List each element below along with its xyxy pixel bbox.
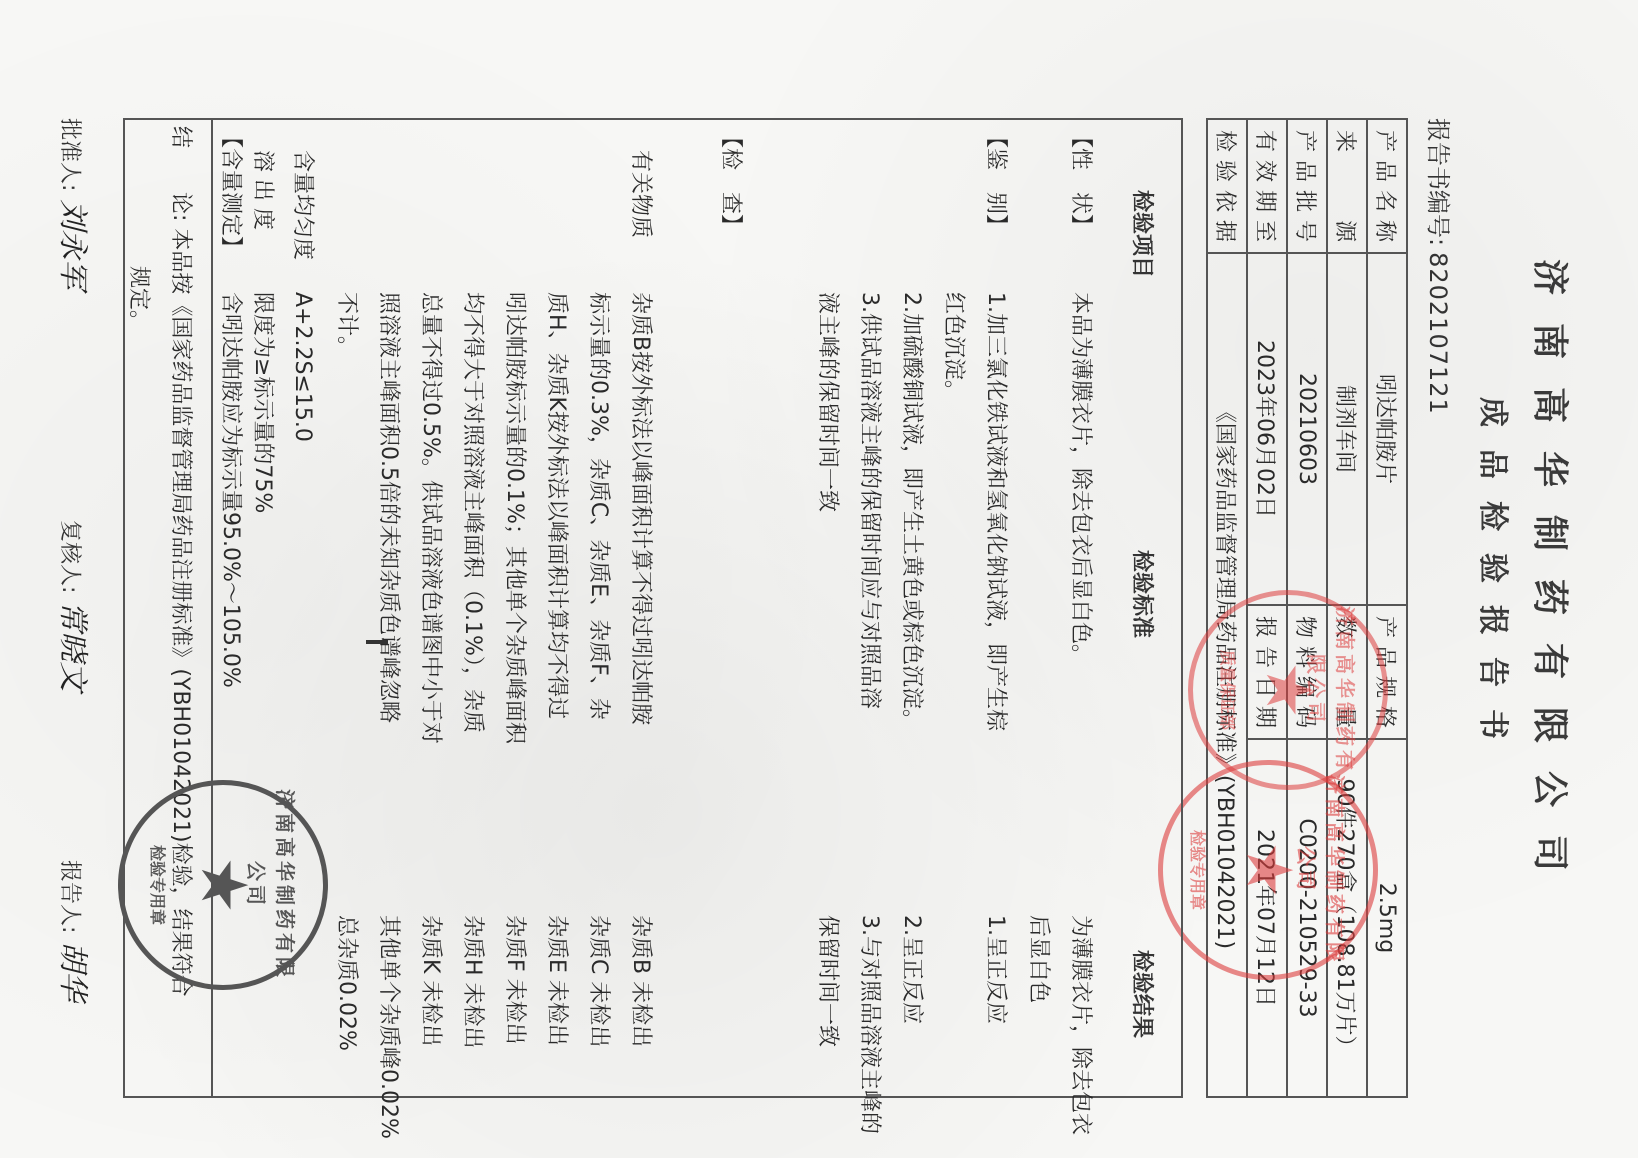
column-header-item: 检验项目 xyxy=(1128,190,1159,278)
standard-line: 杂质B按外标法以峰面积计算不得过吲达帕胺 xyxy=(619,292,661,877)
approver-label: 批准人: xyxy=(57,118,82,191)
result-line xyxy=(932,915,974,1095)
source-label: 来 源 xyxy=(1327,119,1367,253)
result-line: 总杂质0.02% xyxy=(325,915,367,1095)
expiry-value: 2023年06月02日 xyxy=(1247,253,1287,605)
product-name-label: 产品名称 xyxy=(1367,119,1407,253)
batch-label: 产品批号 xyxy=(1287,119,1327,253)
standard-line: 照溶液主峰面积0.5倍的未知杂质色谱峰忽略 xyxy=(367,292,409,877)
uniformity-label: 含量均匀度 xyxy=(281,150,323,290)
identification-standard: 1.加三氯化铁试液和氢氧化钠试液，即产生棕 红色沉淀。 2.加硫酸铜试液，即产生… xyxy=(806,292,1016,877)
related-substances-label: 有关物质 xyxy=(619,150,661,290)
qc-stamp-bottom: 检验专用章 xyxy=(1187,765,1210,975)
assay-label: 【含量测定】 xyxy=(209,126,251,266)
standard-line: 2.加硫酸铜试液，即产生土黄色或棕色沉淀。 xyxy=(890,292,932,877)
section-inspection-heading: 【检 查】 xyxy=(711,120,751,1096)
standard-line: 标示量的0.3%，杂质C、杂质E、杂质F、杂 xyxy=(577,292,619,877)
dash-mark xyxy=(366,640,388,644)
standard-line: 质H、杂质K按外标法以峰面积计算均不得过 xyxy=(535,292,577,877)
standard-line: 本品为薄膜衣片，除去包衣后显白色。 xyxy=(1059,292,1101,877)
expiry-label: 有效期至 xyxy=(1247,119,1287,253)
result-line: 3.与对照品溶液主峰的 xyxy=(848,915,890,1095)
report-title: 成品检验报告书 xyxy=(1474,0,1518,1158)
qa-stamp: 济南高华制药有限公司 ★ 质量保证部 xyxy=(1188,590,1388,790)
standard-line: 3.供试品溶液主峰的保留时间应与对照品溶 xyxy=(848,292,890,877)
related-substances-standard: 杂质B按外标法以峰面积计算不得过吲达帕胺 标示量的0.3%，杂质C、杂质E、杂质… xyxy=(325,292,661,877)
company-seal-text: 济南高华制药有限公司 xyxy=(243,785,301,985)
reporter-signature: 报告人:胡华 xyxy=(54,860,98,1001)
standard-line: 1.加三氯化铁试液和氢氧化钠试液，即产生棕 xyxy=(974,292,1016,877)
qc-stamp: 济南高华制药有限公司 ★ 检验专用章 xyxy=(1158,760,1378,980)
appearance-label: 【性 状】 xyxy=(1059,126,1101,266)
product-name-value: 吲达帕胺片 xyxy=(1367,253,1407,605)
section-identification: 【鉴 别】 1.加三氯化铁试液和氢氧化钠试液，即产生棕 红色沉淀。 2.加硫酸铜… xyxy=(796,120,1016,1096)
report-number-value: 8202107121 xyxy=(1424,252,1452,415)
star-icon: ★ xyxy=(1236,841,1300,898)
report-number-label: 报告书编号: xyxy=(1424,118,1452,246)
result-line: 1.呈正反应 xyxy=(974,915,1016,1095)
approver-name: 刘永军 xyxy=(55,199,90,289)
identification-result: 1.呈正反应 2.呈正反应 3.与对照品溶液主峰的 保留时间一致 xyxy=(806,915,1016,1095)
company-seal-bottom: 检验专用章 xyxy=(147,785,170,985)
info-row: 产品名称 吲达帕胺片 产品规格 2.5mg xyxy=(1367,119,1407,1097)
result-line: 杂质F 未检出 xyxy=(493,915,535,1095)
source-value: 制剂车间 xyxy=(1327,253,1367,605)
result-line: 杂质C 未检出 xyxy=(577,915,619,1095)
conclusion-label: 结 论: xyxy=(168,126,193,221)
result-line: 杂质K 未检出 xyxy=(409,915,451,1095)
reviewer-name: 常晓文 xyxy=(55,601,90,691)
result-line: 为薄膜衣片，除去包衣 xyxy=(1059,915,1101,1095)
reporter-name: 胡华 xyxy=(55,941,90,1001)
result-line: 2.呈正反应 xyxy=(890,915,932,1095)
qc-stamp-text: 济南高华制药有限公司 xyxy=(1293,765,1351,975)
standard-line: 不计。 xyxy=(325,292,367,877)
inspection-label: 【检 查】 xyxy=(709,126,751,266)
result-line: 其他单个杂质峰0.02% xyxy=(367,915,409,1095)
basis-label: 检验依据 xyxy=(1207,119,1247,253)
standard-line: 红色沉淀。 xyxy=(932,292,974,877)
report-page: 济南高华制药有限公司 成品检验报告书 报告书编号:8202107121 产品名称… xyxy=(0,0,1638,1158)
batch-value: 20210603 xyxy=(1287,253,1327,605)
company-seal: 济南高华制药有限公司 ★ 检验专用章 xyxy=(118,780,328,990)
reporter-label: 报告人: xyxy=(57,860,82,933)
reviewer-label: 复核人: xyxy=(57,520,82,593)
standard-line: 吲达帕胺标示量的0.1%；其他单个杂质峰面积 xyxy=(493,292,535,877)
identification-label: 【鉴 别】 xyxy=(974,126,1016,266)
appearance-standard: 本品为薄膜衣片，除去包衣后显白色。 xyxy=(1059,292,1101,877)
qa-stamp-bottom: 质量保证部 xyxy=(1217,595,1240,785)
company-name: 济南高华制药有限公司 xyxy=(1527,0,1578,1158)
standard-line: 均不得大于对照溶液主峰面积（0.1%），杂质 xyxy=(451,292,493,877)
result-line: 杂质B 未检出 xyxy=(619,915,661,1095)
standard-line: 总量不得过0.5%。供试品溶液色谱图中小于对 xyxy=(409,292,451,877)
section-appearance: 【性 状】 本品为薄膜衣片，除去包衣后显白色。 为薄膜衣片，除去包衣 后显白色 xyxy=(1051,120,1101,1096)
standard-line: 液主峰的保留时间一致 xyxy=(806,292,848,877)
section-related-substances: 有关物质 杂质B按外标法以峰面积计算不得过吲达帕胺 标示量的0.3%，杂质C、杂… xyxy=(321,120,661,1096)
result-line: 保留时间一致 xyxy=(806,915,848,1095)
result-line: 后显白色 xyxy=(1017,915,1059,1095)
column-header-standard: 检验标准 xyxy=(1128,550,1159,638)
qa-stamp-text: 济南高华制药有限公司 xyxy=(1303,595,1361,785)
report-number: 报告书编号:8202107121 xyxy=(1423,118,1458,415)
result-line: 杂质E 未检出 xyxy=(535,915,577,1095)
spec-value: 2.5mg xyxy=(1367,739,1407,1097)
appearance-result: 为薄膜衣片，除去包衣 后显白色 xyxy=(1017,915,1101,1095)
reviewer-signature: 复核人:常晓文 xyxy=(54,520,98,691)
column-header-result: 检验结果 xyxy=(1128,950,1159,1038)
result-line: 杂质H 未检出 xyxy=(451,915,493,1095)
approver-signature: 批准人:刘永军 xyxy=(54,118,98,289)
related-substances-result: 杂质B 未检出 杂质C 未检出 杂质E 未检出 杂质F 未检出 杂质H 未检出 … xyxy=(325,915,661,1095)
